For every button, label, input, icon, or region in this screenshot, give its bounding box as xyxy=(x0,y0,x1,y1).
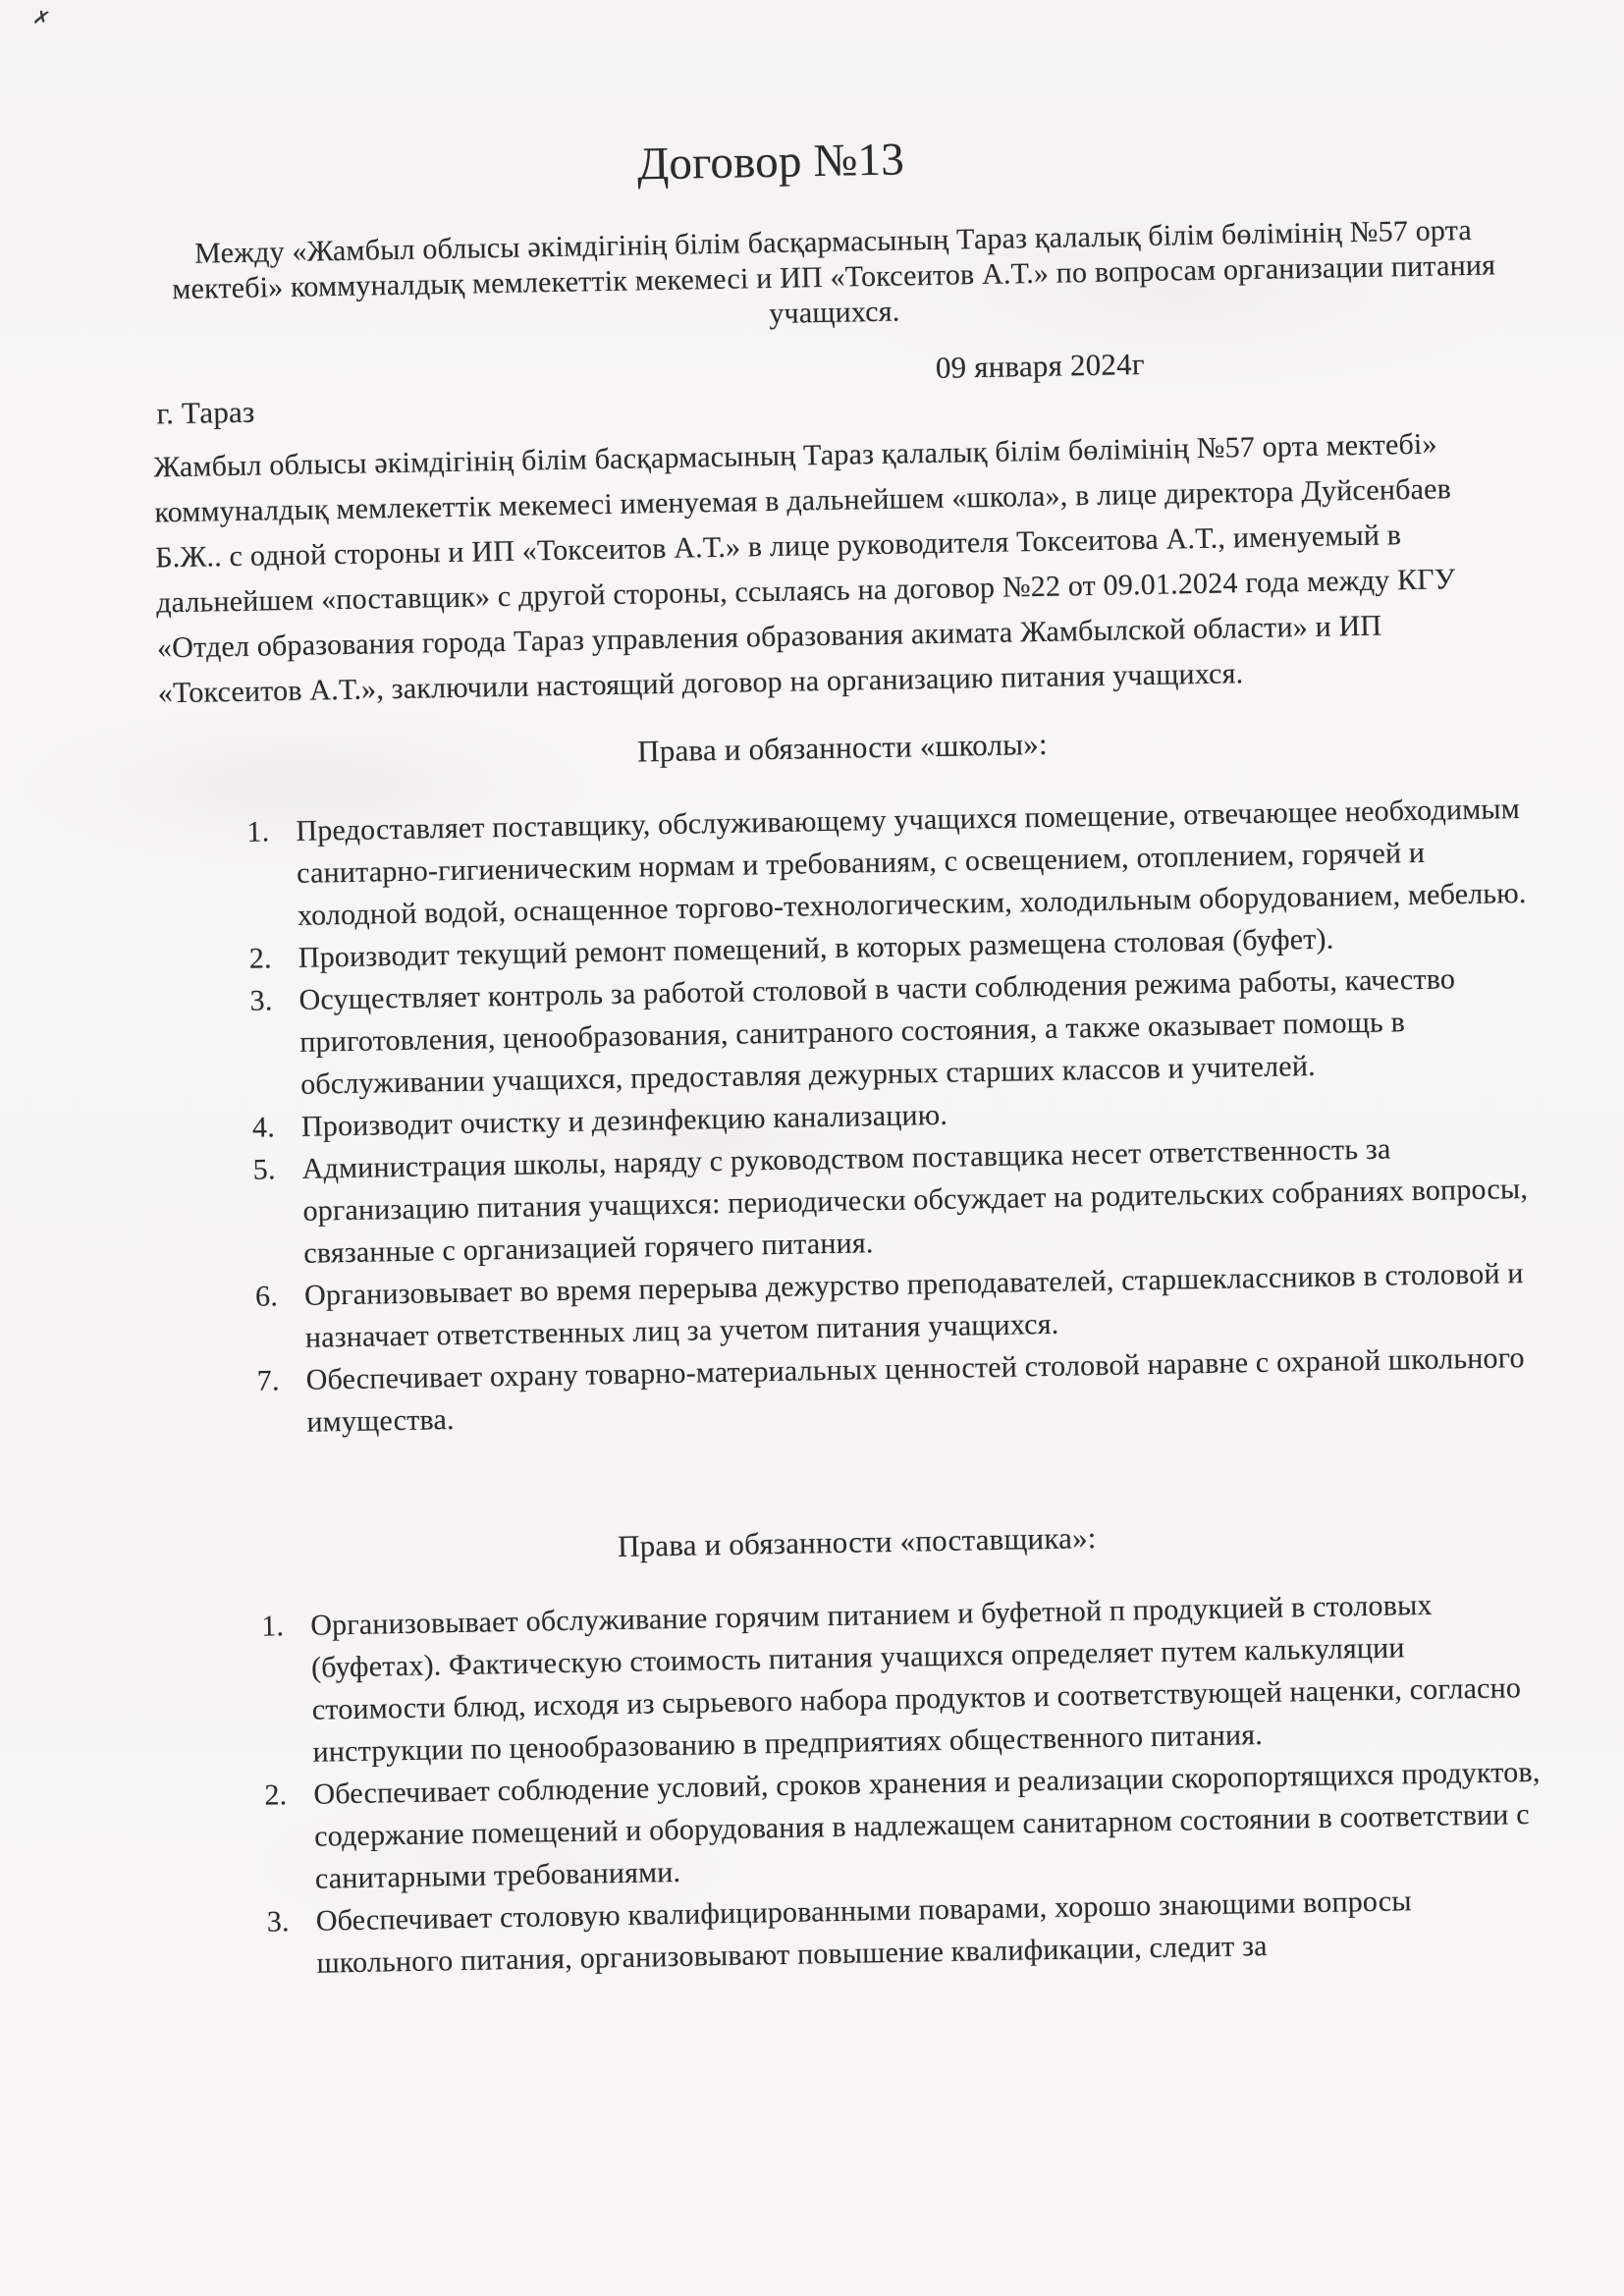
scanned-contract-page: ✗ Договор №13 Между «Жамбыл облысы әкімд… xyxy=(0,0,1624,2296)
school-clause-1: Предоставляет поставщику, обслуживающему… xyxy=(136,788,1527,940)
school-clause-list: Предоставляет поставщику, обслуживающему… xyxy=(136,787,1562,1446)
pen-mark: ✗ xyxy=(30,4,52,31)
supplier-clause-2: Обеспечивает соблюдение условий, сроков … xyxy=(154,1751,1544,1903)
section-heading-school: Права и обязанности «школы»: xyxy=(135,716,1549,779)
document-subtitle: Между «Жамбыл облысы әкімдігінің білім б… xyxy=(145,212,1522,344)
school-clause-3: Осуществляет контроль за работой столово… xyxy=(139,957,1530,1109)
contract-date: 09 января 2024г xyxy=(936,347,1145,386)
preamble-paragraph: Жамбыл облысы әкімдігінің білім басқарма… xyxy=(153,421,1495,717)
contract-city: г. Тараз xyxy=(156,395,254,432)
document-title: Договор №13 xyxy=(62,34,1478,199)
supplier-clause-list: Организовывает обслуживание горячим пита… xyxy=(151,1581,1572,1987)
school-clause-5: Администрация школы, наряду с руководств… xyxy=(142,1125,1533,1278)
supplier-clause-1: Организовывает обслуживание горячим пита… xyxy=(151,1582,1543,1777)
document-content: Договор №13 Между «Жамбыл облысы әкімдіг… xyxy=(123,33,1572,1988)
section-heading-supplier: Права и обязанности «поставщика»: xyxy=(150,1510,1564,1573)
